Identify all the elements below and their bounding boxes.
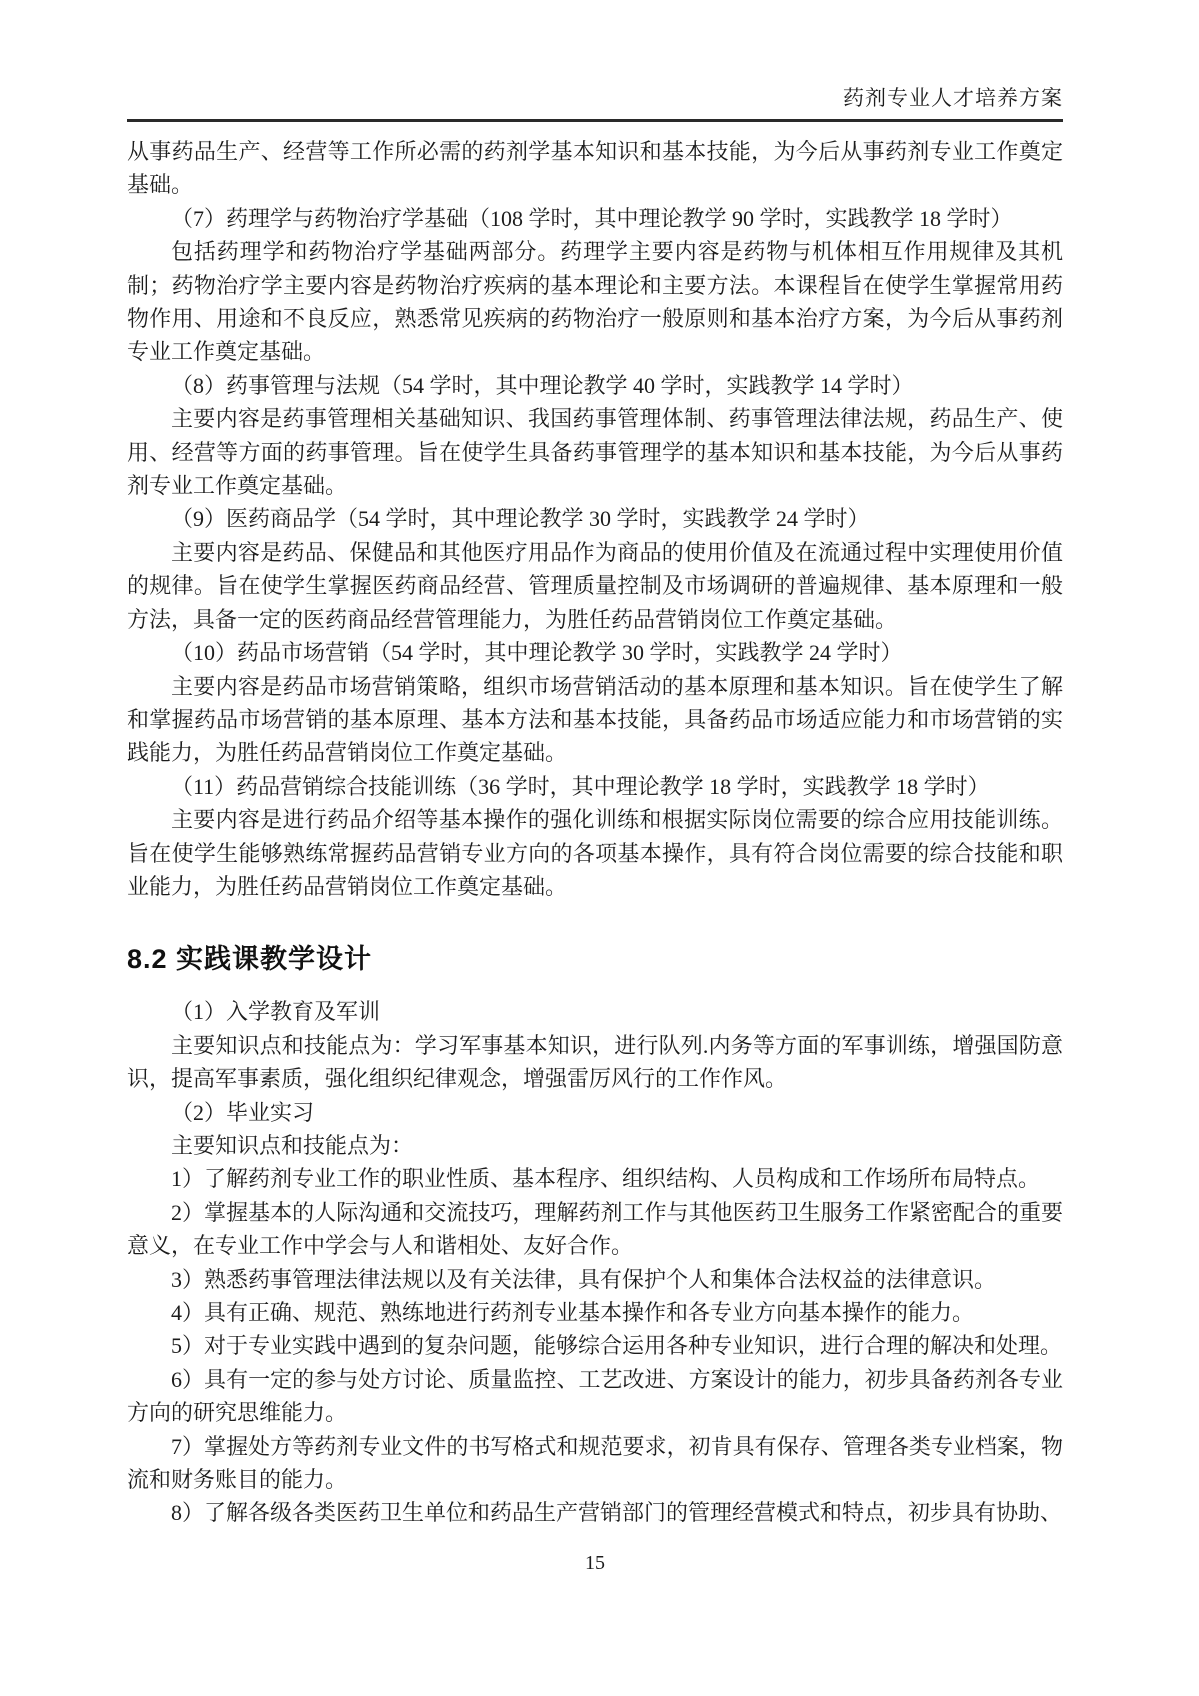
paragraph: 主要内容是药品、保健品和其他医疗用品作为商品的使用价值及在流通过程中实理使用价值… — [127, 536, 1063, 636]
paragraph: 2）掌握基本的人际沟通和交流技巧，理解药剂工作与其他医药卫生服务工作紧密配合的重… — [127, 1196, 1063, 1263]
document-body: 从事药品生产、经营等工作所必需的药剂学基本知识和基本技能，为今后从事药剂专业工作… — [127, 135, 1063, 1530]
page-number: 15 — [585, 1552, 605, 1574]
header-rule — [127, 119, 1063, 122]
paragraph: 主要内容是药品市场营销策略，组织市场营销活动的基本原理和基本知识。旨在使学生了解… — [127, 670, 1063, 770]
paragraph: （10）药品市场营销（54 学时，其中理论教学 30 学时，实践教学 24 学时… — [127, 636, 1063, 669]
paragraph: 5）对于专业实践中遇到的复杂问题，能够综合运用各种专业知识，进行合理的解决和处理… — [127, 1329, 1063, 1362]
paragraph: 4）具有正确、规范、熟练地进行药剂专业基本操作和各专业方向基本操作的能力。 — [127, 1296, 1063, 1329]
paragraph: 1）了解药剂专业工作的职业性质、基本程序、组织结构、人员构成和工作场所布局特点。 — [127, 1162, 1063, 1195]
paragraph: （2）毕业实习 — [127, 1096, 1063, 1129]
page-header: 药剂专业人才培养方案 — [127, 84, 1063, 112]
paragraph: 7）掌握处方等药剂专业文件的书写格式和规范要求，初肯具有保存、管理各类专业档案，… — [127, 1430, 1063, 1497]
paragraph: 8）了解各级各类医药卫生单位和药品生产营销部门的管理经营模式和特点，初步具有协助… — [127, 1496, 1063, 1529]
section-heading: 8.2 实践课教学设计 — [127, 939, 1063, 979]
paragraph: （11）药品营销综合技能训练（36 学时，其中理论教学 18 学时，实践教学 1… — [127, 770, 1063, 803]
paragraph: （9）医药商品学（54 学时，其中理论教学 30 学时，实践教学 24 学时） — [127, 502, 1063, 535]
paragraph: 主要内容是药事管理相关基础知识、我国药事管理体制、药事管理法律法规，药品生产、使… — [127, 402, 1063, 502]
page-footer: 15 — [127, 1552, 1063, 1575]
paragraph: （7）药理学与药物治疗学基础（108 学时，其中理论教学 90 学时，实践教学 … — [127, 202, 1063, 235]
paragraph: 包括药理学和药物治疗学基础两部分。药理学主要内容是药物与机体相互作用规律及其机制… — [127, 235, 1063, 369]
paragraph: 主要知识点和技能点为： — [127, 1129, 1063, 1162]
paragraph: 主要内容是进行药品介绍等基本操作的强化训练和根据实际岗位需要的综合应用技能训练。… — [127, 803, 1063, 903]
paragraph: 6）具有一定的参与处方讨论、质量监控、工艺改进、方案设计的能力，初步具备药剂各专… — [127, 1363, 1063, 1430]
paragraph: 3）熟悉药事管理法律法规以及有关法律，具有保护个人和集体合法权益的法律意识。 — [127, 1263, 1063, 1296]
paragraph: 从事药品生产、经营等工作所必需的药剂学基本知识和基本技能，为今后从事药剂专业工作… — [127, 135, 1063, 202]
paragraph: （1）入学教育及军训 — [127, 995, 1063, 1028]
header-title: 药剂专业人才培养方案 — [843, 86, 1063, 110]
document-page: 药剂专业人才培养方案 从事药品生产、经营等工作所必需的药剂学基本知识和基本技能，… — [0, 0, 1199, 1696]
paragraph: （8）药事管理与法规（54 学时，其中理论教学 40 学时，实践教学 14 学时… — [127, 369, 1063, 402]
paragraph: 主要知识点和技能点为：学习军事基本知识，进行队列.内务等方面的军事训练，增强国防… — [127, 1029, 1063, 1096]
